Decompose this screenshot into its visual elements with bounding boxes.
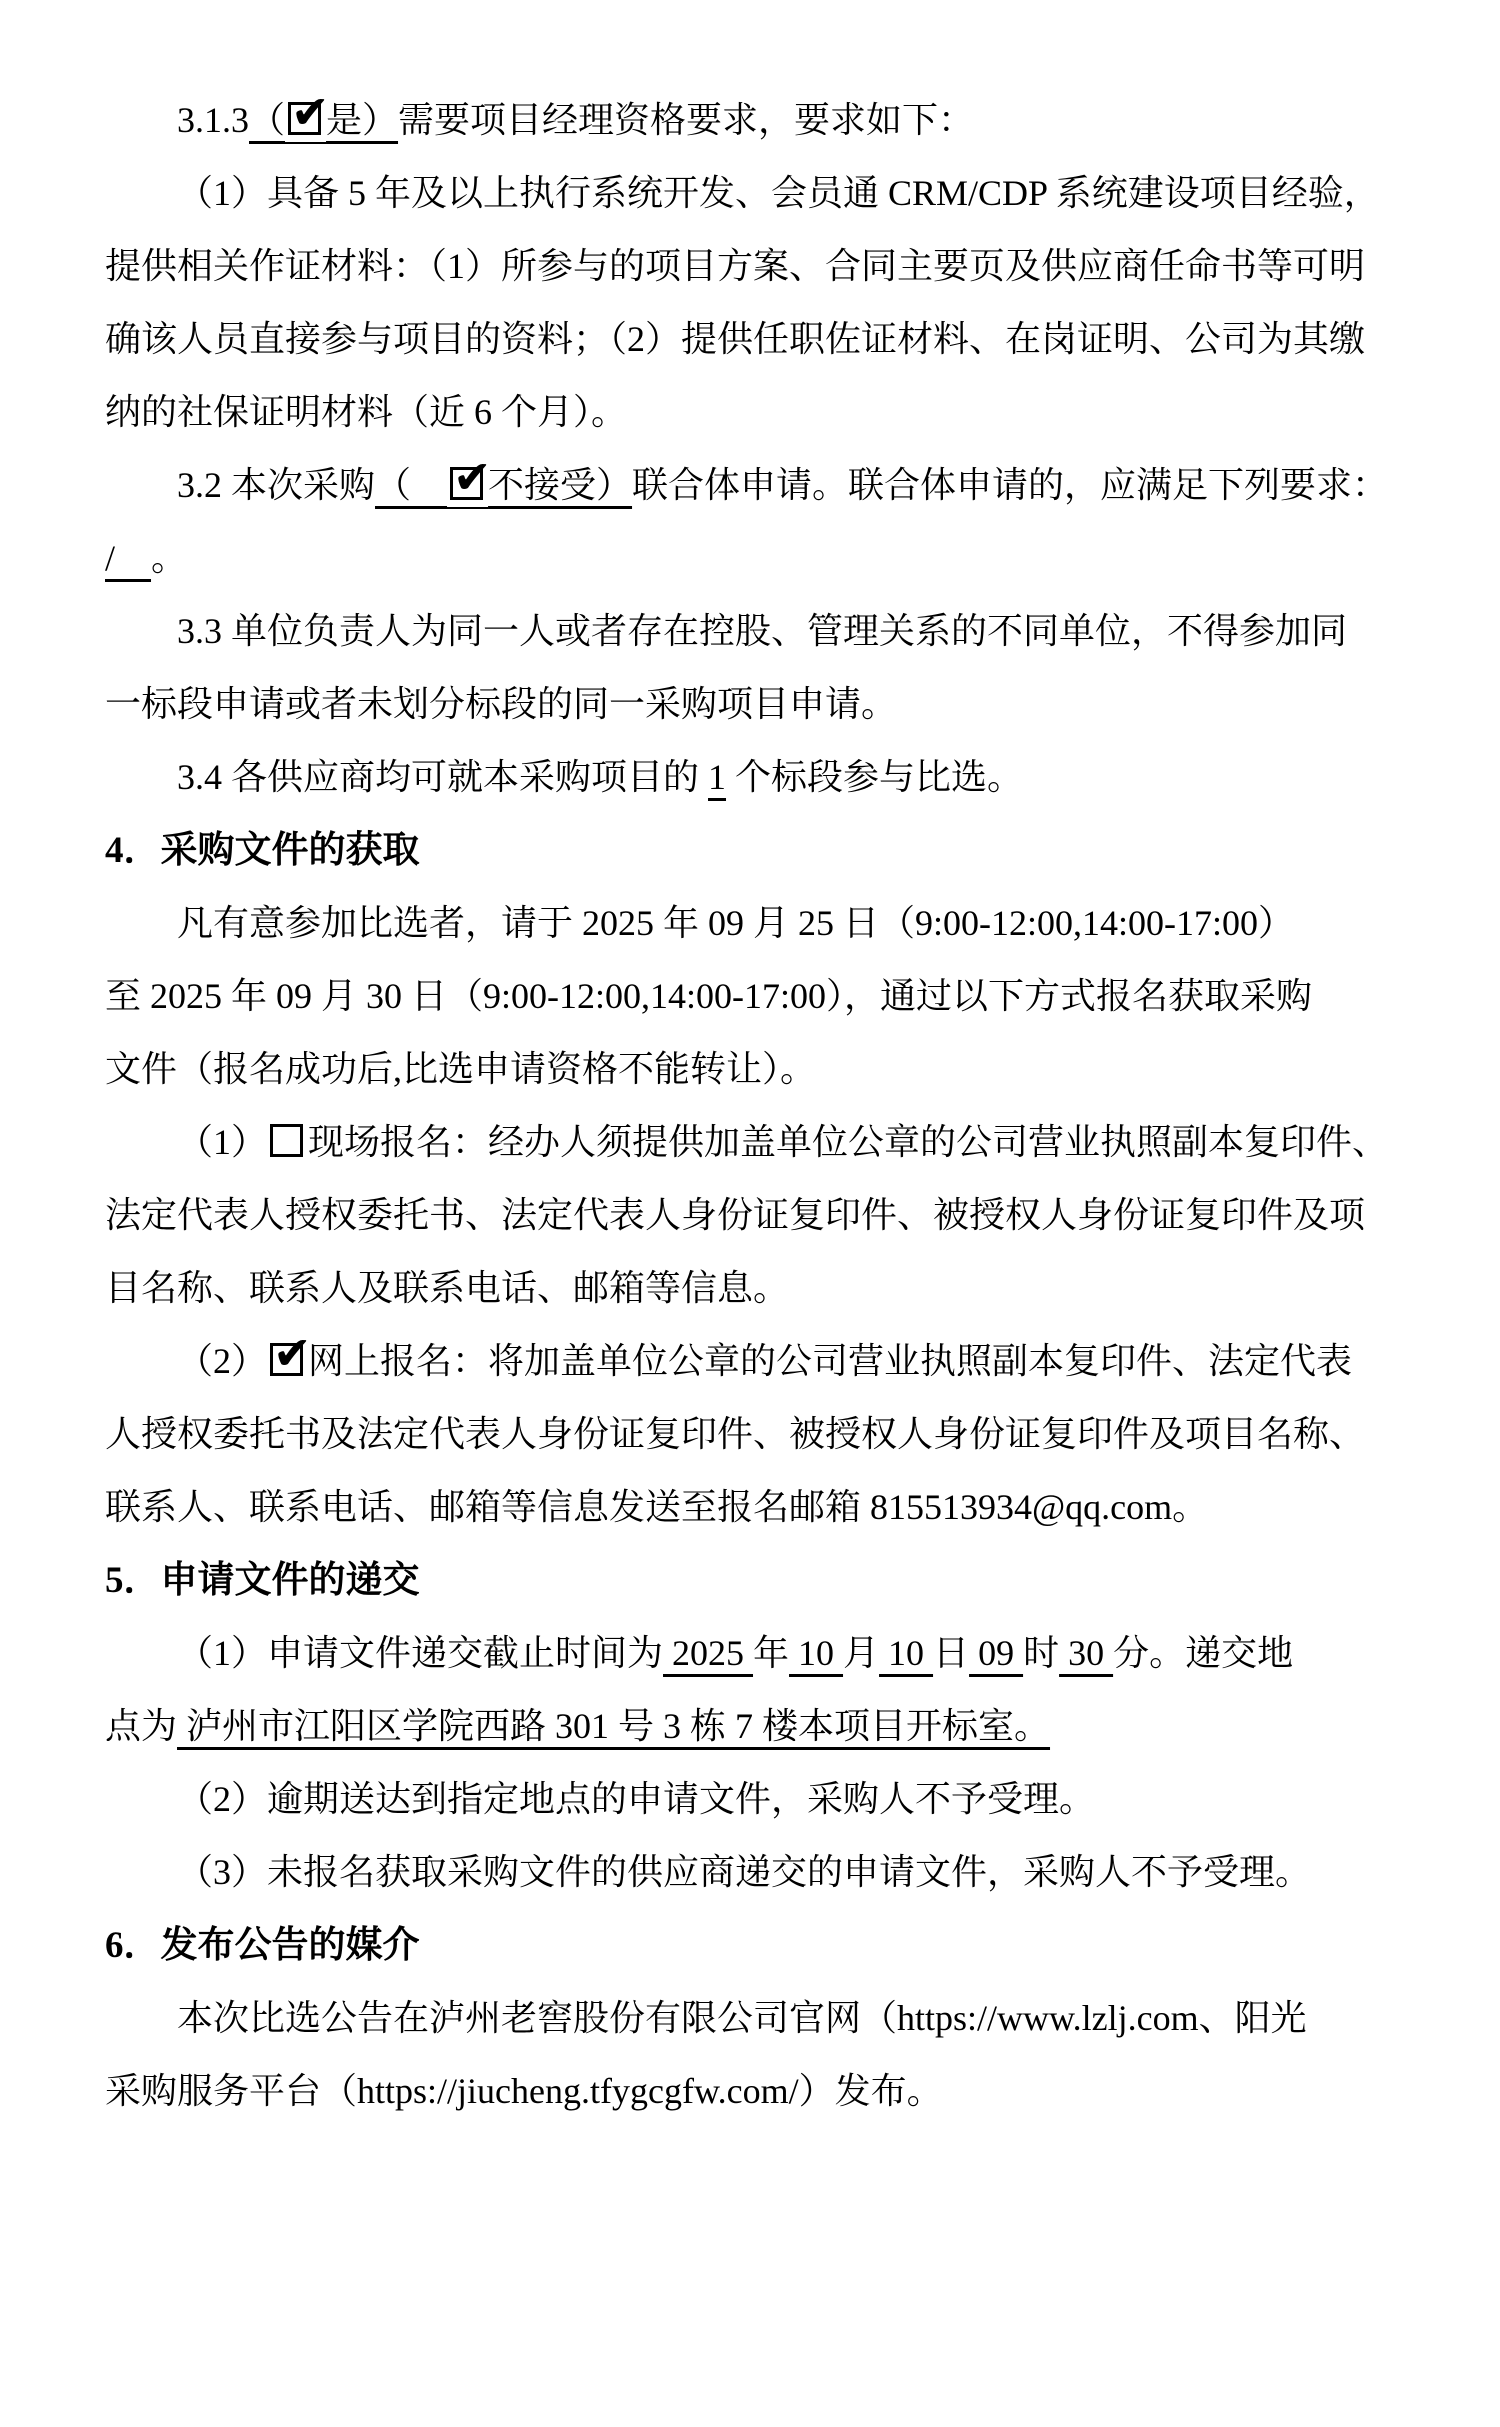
text-segment: 。 — [151, 538, 187, 578]
text-line: 目名称、联系人及联系电话、邮箱等信息。 — [105, 1252, 1440, 1325]
text-segment: 3.4 各供应商均可就本采购项目的 — [177, 757, 708, 797]
text-line: 3.1.3（✔是）需要项目经理资格要求，要求如下： — [105, 84, 1440, 157]
underlined-text: （✔是） — [249, 100, 398, 140]
text-segment: 个标段参与比选。 — [726, 757, 1023, 797]
text-segment: 3.3 单位负责人为同一人或者存在控股、管理关系的不同单位，不得参加同 — [177, 611, 1347, 651]
text-segment: 人授权委托书及法定代表人身份证复印件、被授权人身份证复印件及项目名称、 — [105, 1414, 1365, 1454]
text-segment: （ — [249, 100, 285, 140]
text-segment: 5．申请文件的递交 — [105, 1560, 420, 1601]
text-line: 确该人员直接参与项目的资料；（2）提供任职佐证材料、在岗证明、公司为其缴 — [105, 303, 1440, 376]
text-segment: 现场报名：经办人须提供加盖单位公章的公司营业执照副本复印件、 — [308, 1122, 1388, 1162]
underlined-text: （ ✔不接受） — [375, 465, 632, 505]
checkbox-checked-icon: ✔ — [270, 1343, 303, 1376]
text-segment: （1）具备 5 年及以上执行系统开发、会员通 CRM/CDP 系统建设项目经验， — [177, 173, 1380, 213]
underlined-text: 09 — [969, 1633, 1023, 1673]
text-segment: （2）逾期送达到指定地点的申请文件，采购人不予受理。 — [177, 1779, 1095, 1819]
text-segment: 提供相关作证材料：（1）所参与的项目方案、合同主要页及供应商任命书等可明 — [105, 246, 1365, 286]
checkbox-empty-icon — [270, 1124, 303, 1157]
text-segment: 至 2025 年 09 月 30 日（9:00-12:00,14:00-17:0… — [105, 976, 1312, 1016]
text-segment: 联合体申请。联合体申请的，应满足下列要求： — [632, 465, 1388, 505]
text-segment: 网上报名：将加盖单位公章的公司营业执照副本复印件、法定代表 — [308, 1341, 1352, 1381]
text-segment: 分。递交地 — [1113, 1633, 1293, 1673]
text-line: 法定代表人授权委托书、法定代表人身份证复印件、被授权人身份证复印件及项 — [105, 1179, 1440, 1252]
text-segment: / — [105, 538, 151, 578]
text-segment: 是） — [326, 100, 398, 140]
text-segment: （1） — [177, 1122, 267, 1162]
text-line: 3.4 各供应商均可就本采购项目的 1 个标段参与比选。 — [105, 741, 1440, 814]
text-segment: （ — [375, 465, 447, 505]
checkbox-checked-icon: ✔ — [288, 102, 321, 135]
text-segment: 30 — [1059, 1633, 1113, 1673]
text-line: （1）具备 5 年及以上执行系统开发、会员通 CRM/CDP 系统建设项目经验， — [105, 157, 1440, 230]
text-line: 采购服务平台（https://jiucheng.tfygcgfw.com/）发布… — [105, 2055, 1440, 2128]
text-segment: 月 — [843, 1633, 879, 1673]
text-segment: 时 — [1023, 1633, 1059, 1673]
text-line: 人授权委托书及法定代表人身份证复印件、被授权人身份证复印件及项目名称、 — [105, 1398, 1440, 1471]
text-segment: 3.2 本次采购 — [177, 465, 375, 505]
text-segment: （1）申请文件递交截止时间为 — [177, 1633, 663, 1673]
underlined-text: / — [105, 538, 151, 578]
underlined-text: 1 — [708, 757, 726, 797]
text-line: 一标段申请或者未划分标段的同一采购项目申请。 — [105, 668, 1440, 741]
document-page: 3.1.3（✔是）需要项目经理资格要求，要求如下：（1）具备 5 年及以上执行系… — [0, 0, 1500, 2427]
checkbox-checked-icon: ✔ — [450, 467, 483, 500]
text-segment: 一标段申请或者未划分标段的同一采购项目申请。 — [105, 684, 897, 724]
text-segment: 法定代表人授权委托书、法定代表人身份证复印件、被授权人身份证复印件及项 — [105, 1195, 1365, 1235]
section-heading: 4．采购文件的获取 — [105, 814, 1440, 887]
text-segment: 泸州市江阳区学院西路 301 号 3 栋 7 楼本项目开标室。 — [177, 1706, 1050, 1746]
checkmark-icon: ✔ — [453, 454, 492, 500]
text-segment: 年 — [753, 1633, 789, 1673]
text-segment: 目名称、联系人及联系电话、邮箱等信息。 — [105, 1268, 789, 1308]
text-line: （1）申请文件递交截止时间为 2025 年 10 月 10 日 09 时 30 … — [105, 1617, 1440, 1690]
underlined-text: 泸州市江阳区学院西路 301 号 3 栋 7 楼本项目开标室。 — [177, 1706, 1050, 1746]
checkmark-icon: ✔ — [291, 89, 330, 135]
text-line: 3.2 本次采购（ ✔不接受）联合体申请。联合体申请的，应满足下列要求： — [105, 449, 1440, 522]
text-line: / 。 — [105, 522, 1440, 595]
underlined-text: 10 — [789, 1633, 843, 1673]
text-segment: 联系人、联系电话、邮箱等信息发送至报名邮箱 815513934@qq.com。 — [105, 1487, 1208, 1527]
text-segment: 6．发布公告的媒介 — [105, 1925, 420, 1966]
text-segment: 10 — [879, 1633, 933, 1673]
text-segment: 10 — [789, 1633, 843, 1673]
text-line: 凡有意参加比选者，请于 2025 年 09 月 25 日（9:00-12:00,… — [105, 887, 1440, 960]
text-line: 纳的社保证明材料（近 6 个月）。 — [105, 376, 1440, 449]
text-line: （2）逾期送达到指定地点的申请文件，采购人不予受理。 — [105, 1763, 1440, 1836]
text-segment: 需要项目经理资格要求，要求如下： — [398, 100, 974, 140]
text-segment: 3.1.3 — [177, 100, 249, 140]
checkmark-icon: ✔ — [273, 1330, 312, 1376]
text-line: （1）现场报名：经办人须提供加盖单位公章的公司营业执照副本复印件、 — [105, 1106, 1440, 1179]
text-segment: 4．采购文件的获取 — [105, 830, 420, 871]
text-line: 本次比选公告在泸州老窖股份有限公司官网（https://www.lzlj.com… — [105, 1982, 1440, 2055]
text-segment: （2） — [177, 1341, 267, 1381]
text-line: 至 2025 年 09 月 30 日（9:00-12:00,14:00-17:0… — [105, 960, 1440, 1033]
text-segment: 09 — [969, 1633, 1023, 1673]
underlined-text: 2025 — [663, 1633, 753, 1673]
text-segment: 1 — [708, 757, 726, 797]
text-line: 点为 泸州市江阳区学院西路 301 号 3 栋 7 楼本项目开标室。 — [105, 1690, 1440, 1763]
text-segment: 本次比选公告在泸州老窖股份有限公司官网（https://www.lzlj.com… — [177, 1998, 1307, 2038]
document-body: 3.1.3（✔是）需要项目经理资格要求，要求如下：（1）具备 5 年及以上执行系… — [0, 0, 1500, 2128]
text-segment: 2025 — [663, 1633, 753, 1673]
text-line: （2）✔网上报名：将加盖单位公章的公司营业执照副本复印件、法定代表 — [105, 1325, 1440, 1398]
text-line: （3）未报名获取采购文件的供应商递交的申请文件，采购人不予受理。 — [105, 1836, 1440, 1909]
text-segment: 凡有意参加比选者，请于 2025 年 09 月 25 日（9:00-12:00,… — [177, 903, 1294, 943]
text-segment: 采购服务平台（https://jiucheng.tfygcgfw.com/）发布… — [105, 2071, 943, 2111]
underlined-text: 30 — [1059, 1633, 1113, 1673]
text-segment: 纳的社保证明材料（近 6 个月）。 — [105, 392, 627, 432]
text-line: 3.3 单位负责人为同一人或者存在控股、管理关系的不同单位，不得参加同 — [105, 595, 1440, 668]
section-heading: 6．发布公告的媒介 — [105, 1909, 1440, 1982]
text-segment: 点为 — [105, 1706, 177, 1746]
text-segment: （3）未报名获取采购文件的供应商递交的申请文件，采购人不予受理。 — [177, 1852, 1311, 1892]
text-segment: 日 — [933, 1633, 969, 1673]
text-segment: 不接受） — [488, 465, 632, 505]
text-line: 联系人、联系电话、邮箱等信息发送至报名邮箱 815513934@qq.com。 — [105, 1471, 1440, 1544]
text-line: 提供相关作证材料：（1）所参与的项目方案、合同主要页及供应商任命书等可明 — [105, 230, 1440, 303]
text-line: 文件（报名成功后,比选申请资格不能转让）。 — [105, 1033, 1440, 1106]
section-heading: 5．申请文件的递交 — [105, 1544, 1440, 1617]
text-segment: 确该人员直接参与项目的资料；（2）提供任职佐证材料、在岗证明、公司为其缴 — [105, 319, 1365, 359]
text-segment: 文件（报名成功后,比选申请资格不能转让）。 — [105, 1049, 816, 1089]
underlined-text: 10 — [879, 1633, 933, 1673]
